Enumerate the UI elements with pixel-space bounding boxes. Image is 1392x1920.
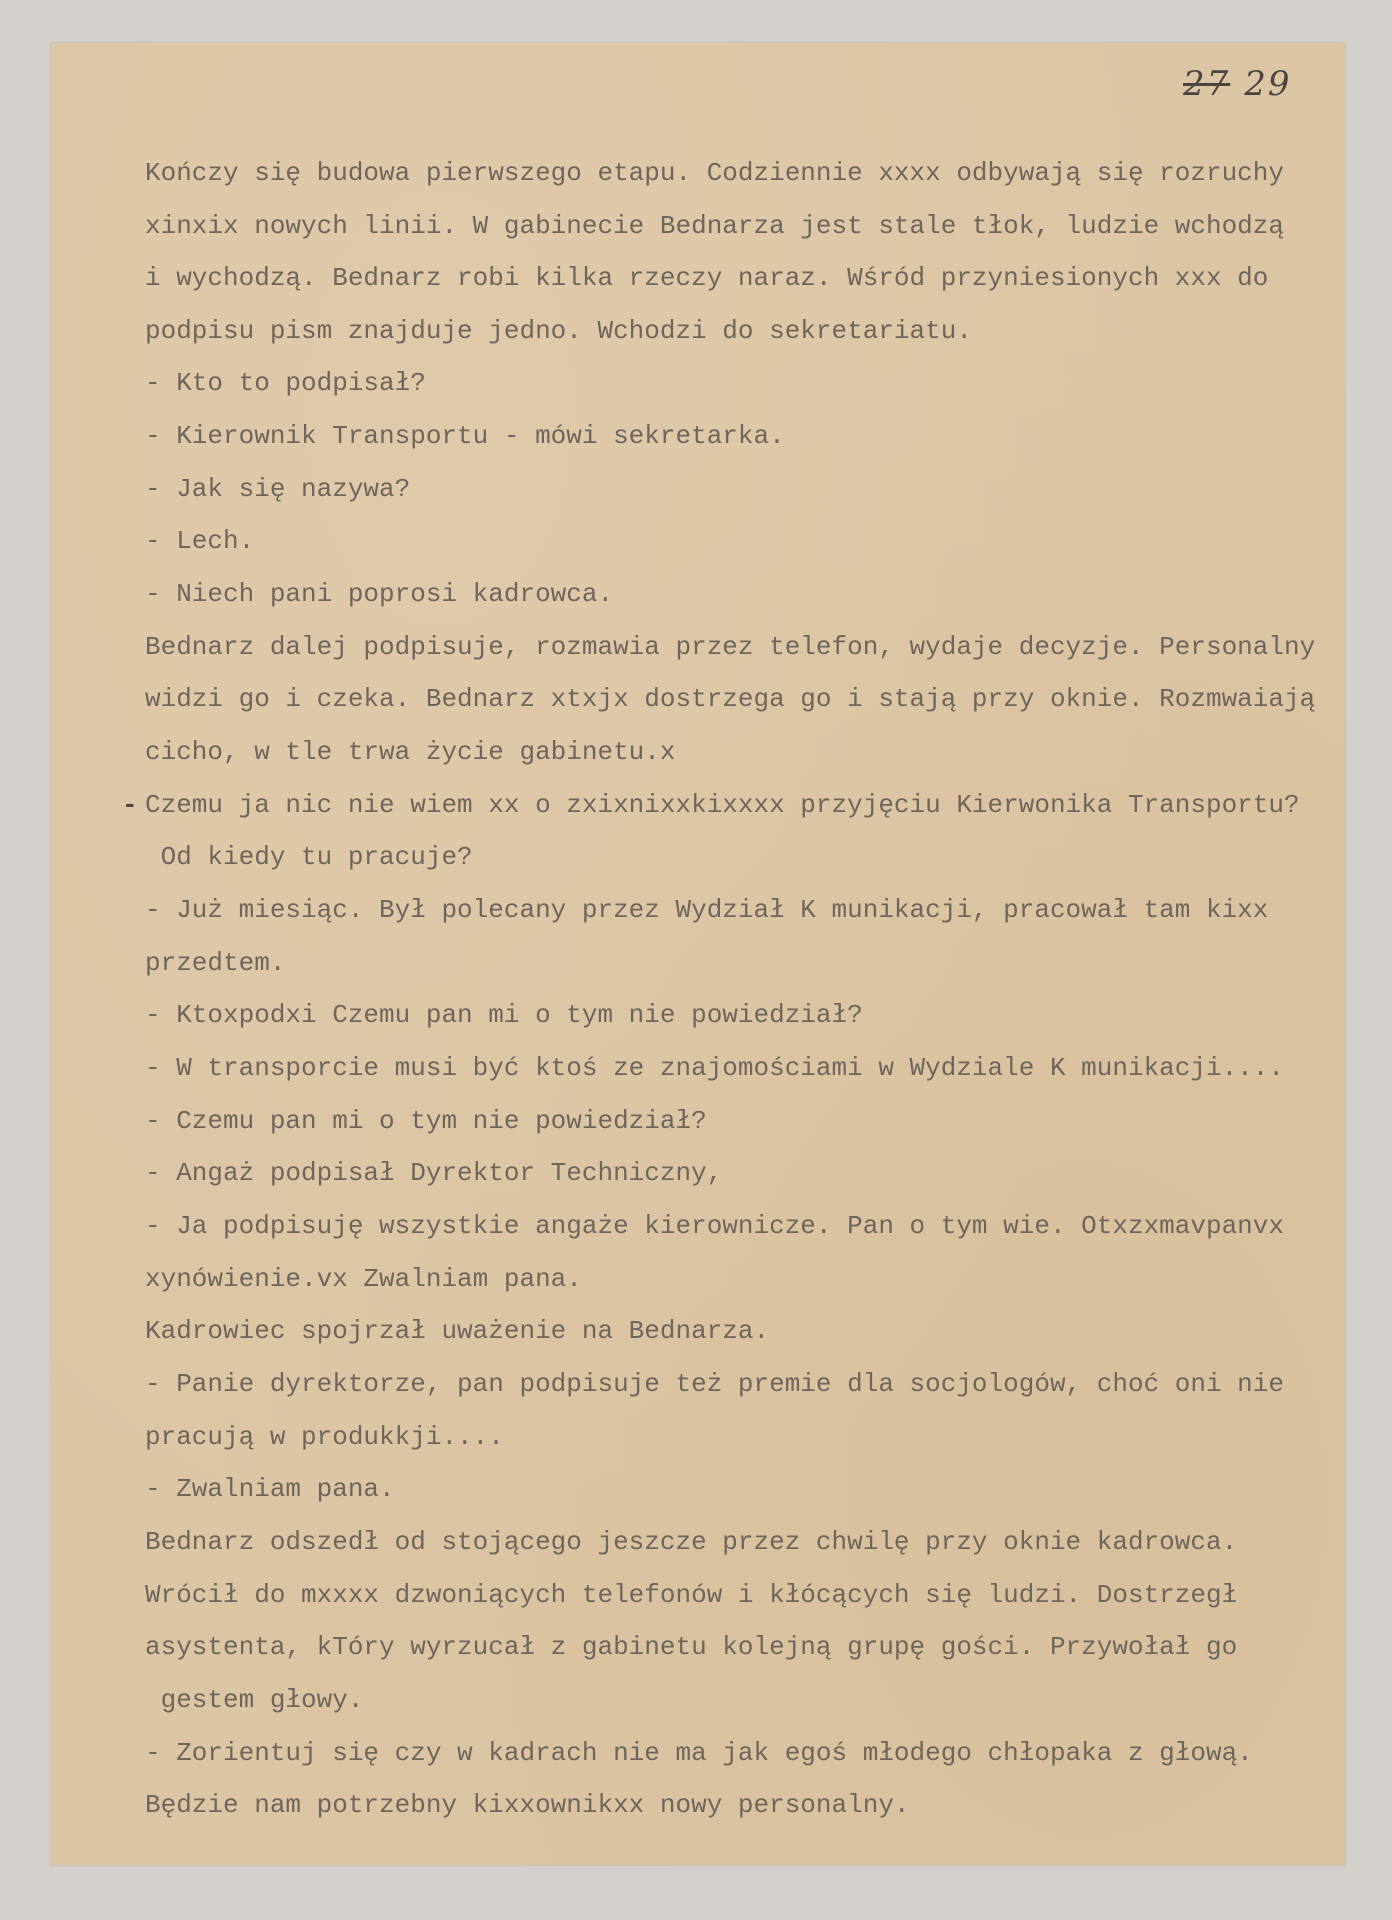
text-line: Czemu ja nic nie wiem xx o zxixnixxkixxx… (145, 790, 1300, 820)
text-line: Będzie nam potrzebny kixxownikxx nowy pe… (145, 1790, 910, 1820)
page-number: 2729 (1183, 64, 1292, 104)
text-line: - Zorientuj się czy w kadrach nie ma jak… (145, 1738, 1253, 1768)
text-line: - Kierownik Transportu - mówi sekretarka… (145, 421, 785, 451)
text-line: - Jak się nazywa? (145, 474, 410, 504)
text-line: gestem głowy. (145, 1685, 363, 1715)
text-line: i wychodzą. Bednarz robi kilka rzeczy na… (145, 263, 1268, 293)
text-line: przedtem. (145, 948, 285, 978)
text-line: Kadrowiec spojrzał uważenie na Bednarza. (145, 1316, 769, 1346)
text-line: - Czemu pan mi o tym nie powiedział? (145, 1106, 707, 1136)
text-line: xinxix nowych linii. W gabinecie Bednarz… (145, 211, 1284, 241)
text-line: Bednarz odszedł od stojącego jeszcze prz… (145, 1527, 1237, 1557)
text-line: widzi go i czeka. Bednarz xtxjx dostrzeg… (145, 684, 1315, 714)
text-line: Bednarz dalej podpisuje, rozmawia przez … (145, 632, 1315, 662)
text-line: - Już miesiąc. Był polecany przez Wydzia… (145, 895, 1268, 925)
text-line: xynówienie.vx Zwalniam pana. (145, 1264, 582, 1294)
text-line: Kończy się budowa pierwszego etapu. Codz… (145, 158, 1284, 188)
text-line: - W transporcie musi być ktoś ze znajomo… (145, 1053, 1284, 1083)
text-line: - Niech pani poprosi kadrowca. (145, 579, 613, 609)
page-number-current: 29 (1244, 64, 1291, 104)
text-line: - Zwalniam pana. (145, 1474, 395, 1504)
text-line: - Panie dyrektorze, pan podpisuje też pr… (145, 1369, 1284, 1399)
text-line: pracują w produkkji.... (145, 1422, 504, 1452)
text-line: - Ja podpisuję wszystkie angaże kierowni… (145, 1211, 1284, 1241)
text-line: cicho, w tle trwa życie gabinetu.x (145, 737, 676, 767)
text-line: - Ktoxpodxi Czemu pan mi o tym nie powie… (145, 1000, 863, 1030)
text-line: Wrócił do mxxxx dzwoniących telefonów i … (145, 1580, 1237, 1610)
margin-dash-mark: - (122, 790, 138, 820)
text-line: - Kto to podpisał? (145, 368, 426, 398)
text-line: podpisu pism znajduje jedno. Wchodzi do … (145, 316, 972, 346)
text-line: - Angaż podpisał Dyrektor Techniczny, (145, 1158, 722, 1188)
page-number-struck: 27 (1183, 64, 1230, 104)
text-line: asystenta, kTóry wyrzucał z gabinetu kol… (145, 1632, 1237, 1662)
text-line: - Lech. (145, 526, 254, 556)
text-line: Od kiedy tu pracuje? (145, 842, 473, 872)
